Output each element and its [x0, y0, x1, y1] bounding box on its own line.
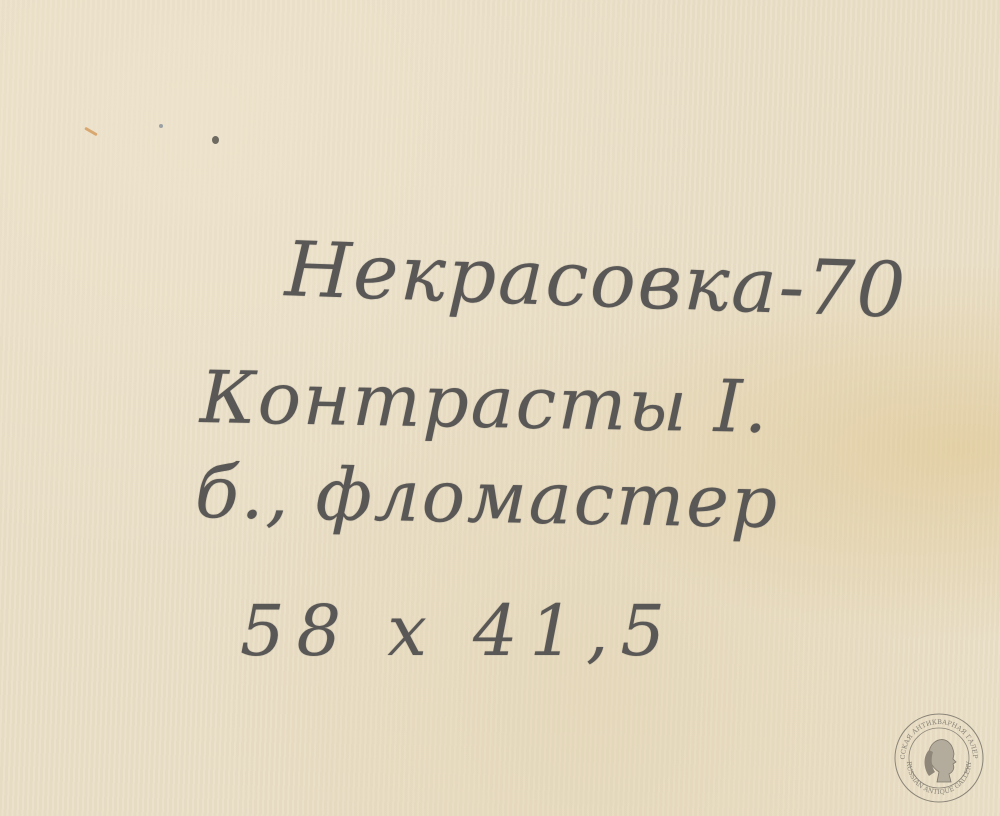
paper-speck — [159, 124, 163, 128]
paper-speck — [212, 136, 219, 144]
gallery-stamp: РУССКАЯ АНТИКВАРНАЯ ГАЛЕРЕЯ RUSSIAN ANTI… — [893, 712, 985, 804]
paper-background: Некрасовка-70 Контрасты I. б., фломастер… — [0, 0, 1000, 816]
paper-fiber — [84, 127, 98, 137]
inscription-line-medium: б., фломастер — [194, 450, 779, 544]
inscription-line-series: Контрасты I. — [199, 355, 770, 449]
inscription-line-dimensions: 58 x 41,5 — [240, 590, 677, 672]
gallery-seal-icon: РУССКАЯ АНТИКВАРНАЯ ГАЛЕРЕЯ RUSSIAN ANTI… — [893, 712, 985, 804]
inscription-line-title: Некрасовка-70 — [284, 224, 909, 335]
